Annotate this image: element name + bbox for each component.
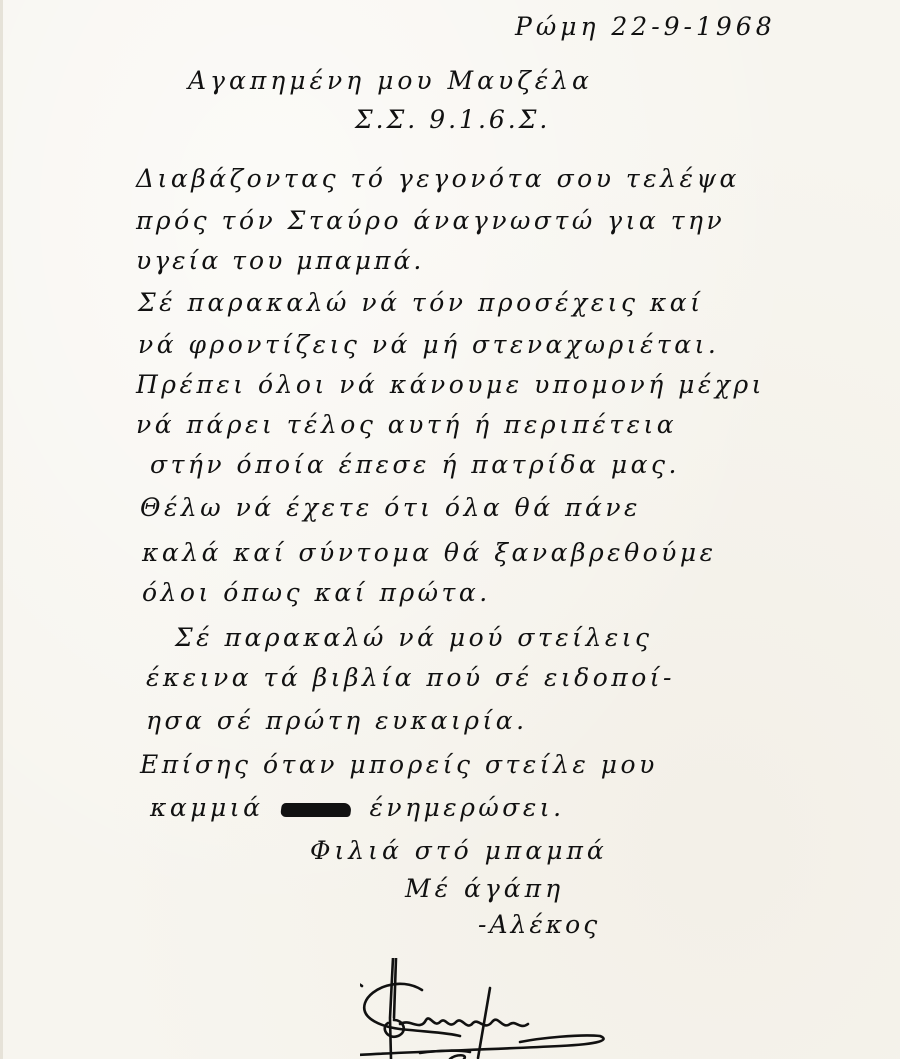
salutation-subline: Σ.Σ. 9.1.6.Σ. <box>355 107 550 132</box>
body-line: Επίσης όταν μπορείς στείλε μου <box>140 752 658 777</box>
body-line: Σέ παρακαλώ νά μού στείλεις <box>175 625 653 650</box>
crossed-out-word <box>280 803 352 817</box>
body-line: Θέλω νά έχετε ότι όλα θά πάνε <box>140 495 641 520</box>
signature <box>360 958 680 1059</box>
body-line: Διαβάζοντας τό γεγονότα σου τελέψα <box>136 166 740 191</box>
body-line: νά φροντίζεις νά μή στεναχωριέται. <box>138 332 719 357</box>
body-line: στήν όποία έπεσε ή πατρίδα μας. <box>150 452 680 477</box>
body-line: Σέ παρακαλώ νά τόν προσέχεις καί <box>138 290 704 315</box>
salutation: Αγαπημένη μου Μαυζέλα <box>188 68 593 93</box>
body-line-with-crossout: καμμιάένημερώσει. <box>150 795 565 820</box>
letter-page: Ρώμη 22-9-1968 Αγαπημένη μου Μαυζέλα Σ.Σ… <box>0 0 900 1059</box>
closing-line: Μέ άγάπη <box>405 876 564 901</box>
signature-icon <box>360 958 680 1059</box>
body-line: Πρέπει όλοι νά κάνουμε υπομονή μέχρι <box>136 372 765 397</box>
body-line: πρός τόν Σταύρο άναγνωστώ για την <box>136 208 725 233</box>
paper-edge <box>0 0 3 1059</box>
closing-line: Φιλιά στό μπαμπά <box>310 838 608 863</box>
body-line: έκεινα τά βιβλία πού σέ ειδοποί- <box>146 665 675 690</box>
body-line: υγεία του μπαμπά. <box>136 248 424 273</box>
body-line: νά πάρει τέλος αυτή ή περιπέτεια <box>136 412 677 437</box>
body-word: ένημερώσει. <box>369 793 564 822</box>
body-word: καμμιά <box>150 793 263 822</box>
body-line: όλοι όπως καί πρώτα. <box>142 580 491 605</box>
place-date: Ρώμη 22-9-1968 <box>515 14 776 39</box>
closing-name: -Αλέκος <box>478 912 600 937</box>
body-line: καλά καί σύντομα θά ξαναβρεθούμε <box>142 540 717 565</box>
body-line: ησα σέ πρώτη ευκαιρία. <box>146 708 528 733</box>
